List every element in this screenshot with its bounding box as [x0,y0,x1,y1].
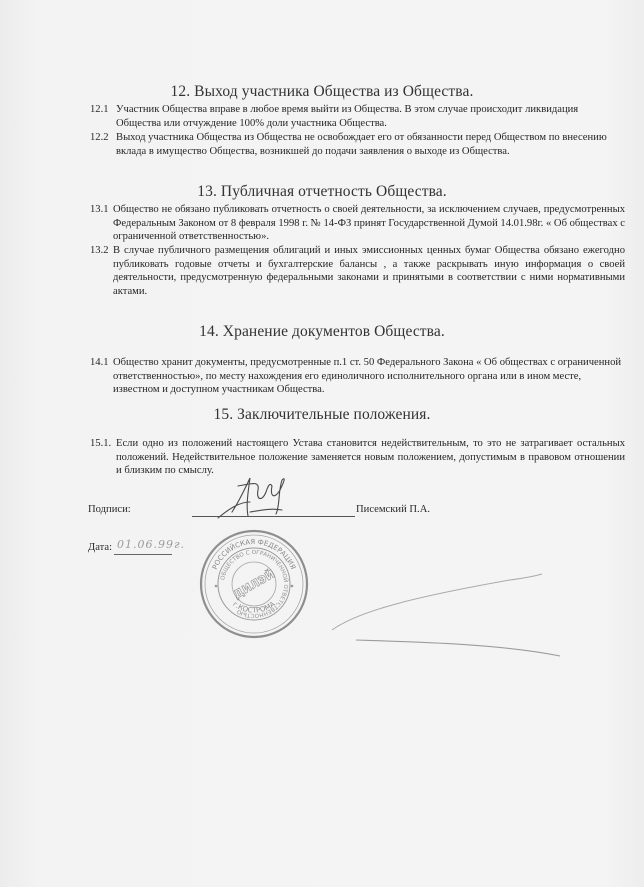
signatory-name: Писемский П.А. [356,504,430,515]
clause-12-2: 12.2 Выход участника Общества из Обществ… [90,131,625,158]
clause-number: 14.1 [90,356,109,370]
clause-body: В случае публичного размещения облигаций… [90,244,625,298]
clause-body: Общество хранит документы, предусмотренн… [90,356,625,397]
clause-number: 12.2 [90,131,109,145]
scanned-document-page: 12. Выход участника Общества из Общества… [0,0,644,887]
handwritten-signature-icon [210,472,310,522]
clause-number: 12.1 [90,103,109,117]
clause-body: Выход участника Общества из Общества не … [90,131,625,158]
section-15-title: 15. Заключительные положения. [0,406,644,424]
date-label: Дата: [88,542,112,553]
section-13-title: 13. Публичная отчетность Общества. [0,183,644,201]
section-14-title: 14. Хранение документов Общества. [0,323,644,341]
clause-body: Если одно из положений настоящего Устава… [90,437,625,478]
clause-body: Общество не обязано публиковать отчетнос… [90,203,625,244]
clause-number: 13.1 [90,203,109,217]
clause-14-1: 14.1 Общество хранит документы, предусмо… [90,356,625,397]
clause-15-1: 15.1. Если одно из положений настоящего … [90,437,625,478]
date-line [114,554,172,555]
company-stamp-icon: РОССИЙСКАЯ ФЕДЕРАЦИЯ ОБЩЕСТВО С ОГРАНИЧЕ… [198,528,310,640]
signatures-label: Подписи: [88,504,131,515]
clause-body: Участник Общества вправе в любое время в… [116,103,625,130]
handwritten-date: 01.06.99г. [117,538,185,551]
clause-12-1: 12.1 Участник Общества вправе в любое вр… [90,103,625,130]
clause-13-2: 13.2 В случае публичного размещения обли… [90,244,625,298]
clause-text: Участник Общества вправе в любое время в… [90,103,625,130]
pencil-marks-icon [320,560,644,660]
section-12-title: 12. Выход участника Общества из Общества… [0,83,644,101]
clause-13-1: 13.1 Общество не обязано публиковать отч… [90,203,625,244]
clause-number: 13.2 [90,244,109,258]
svg-text:ДИЛЭЙ: ДИЛЭЙ [231,567,277,601]
clause-number: 15.1. [90,437,111,451]
